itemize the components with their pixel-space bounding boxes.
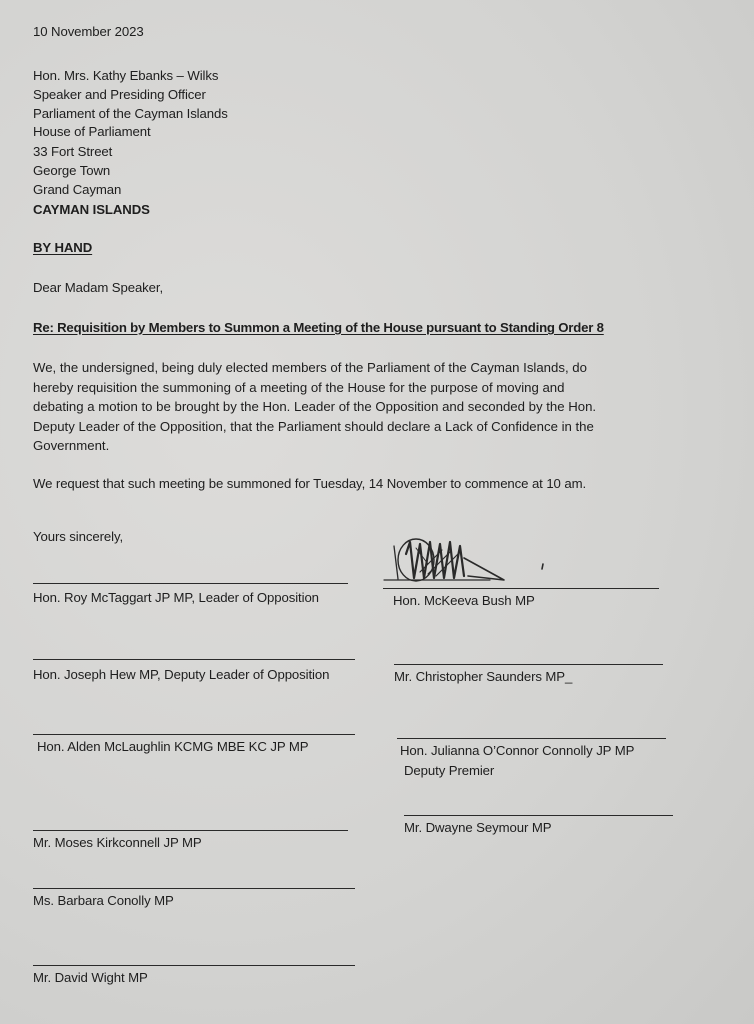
- salutation: Dear Madam Speaker,: [33, 278, 163, 298]
- signature-line: [33, 888, 355, 889]
- recipient-line: George Town: [33, 161, 110, 181]
- signatory-name: Mr. Christopher Saunders MP_: [394, 667, 572, 687]
- recipient-line: Parliament of the Cayman Islands: [33, 104, 228, 124]
- delivery-method: BY HAND: [33, 238, 92, 258]
- recipient-country: CAYMAN ISLANDS: [33, 200, 150, 220]
- letter-date: 10 November 2023: [33, 22, 144, 42]
- signatory-title: Deputy Premier: [404, 761, 494, 781]
- body-paragraph: We, the undersigned, being duly elected …: [33, 358, 673, 456]
- signatory-name: Hon. Roy McTaggart JP MP, Leader of Oppo…: [33, 588, 319, 608]
- request-paragraph: We request that such meeting be summoned…: [33, 474, 586, 494]
- signatory-name: Hon. McKeeva Bush MP: [393, 591, 535, 611]
- signature-line: [404, 815, 673, 816]
- signatory-name: Hon. Alden McLaughlin KCMG MBE KC JP MP: [37, 737, 308, 757]
- signature-line: [33, 830, 348, 831]
- recipient-line: 33 Fort Street: [33, 142, 112, 162]
- body-line: Government.: [33, 436, 673, 456]
- signature-line: [33, 734, 355, 735]
- closing: Yours sincerely,: [33, 527, 123, 547]
- signatory-name: Mr. Dwayne Seymour MP: [404, 818, 551, 838]
- signatory-name: Hon. Julianna O’Connor Connolly JP MP: [400, 741, 634, 761]
- recipient-line: Grand Cayman: [33, 180, 121, 200]
- body-line: debating a motion to be brought by the H…: [33, 397, 673, 417]
- body-line: hereby requisition the summoning of a me…: [33, 378, 673, 398]
- signatory-name: Ms. Barbara Conolly MP: [33, 891, 174, 911]
- signatory-name: Mr. David Wight MP: [33, 968, 148, 988]
- signatory-name: Hon. Joseph Hew MP, Deputy Leader of Opp…: [33, 665, 329, 685]
- subject-line: Re: Requisition by Members to Summon a M…: [33, 318, 604, 338]
- signature-line: [394, 664, 663, 665]
- handwritten-signature-icon: [380, 534, 670, 592]
- recipient-line: House of Parliament: [33, 122, 151, 142]
- recipient-line: Hon. Mrs. Kathy Ebanks – Wilks: [33, 66, 218, 86]
- signatory-name: Mr. Moses Kirkconnell JP MP: [33, 833, 202, 853]
- signature-line: [33, 965, 355, 966]
- signature-line: [397, 738, 666, 739]
- signature-line: [33, 583, 348, 584]
- signature-line: [33, 659, 355, 660]
- recipient-line: Speaker and Presiding Officer: [33, 85, 206, 105]
- signature-line: [383, 588, 659, 589]
- body-line: We, the undersigned, being duly elected …: [33, 358, 673, 378]
- body-line: Deputy Leader of the Opposition, that th…: [33, 417, 673, 437]
